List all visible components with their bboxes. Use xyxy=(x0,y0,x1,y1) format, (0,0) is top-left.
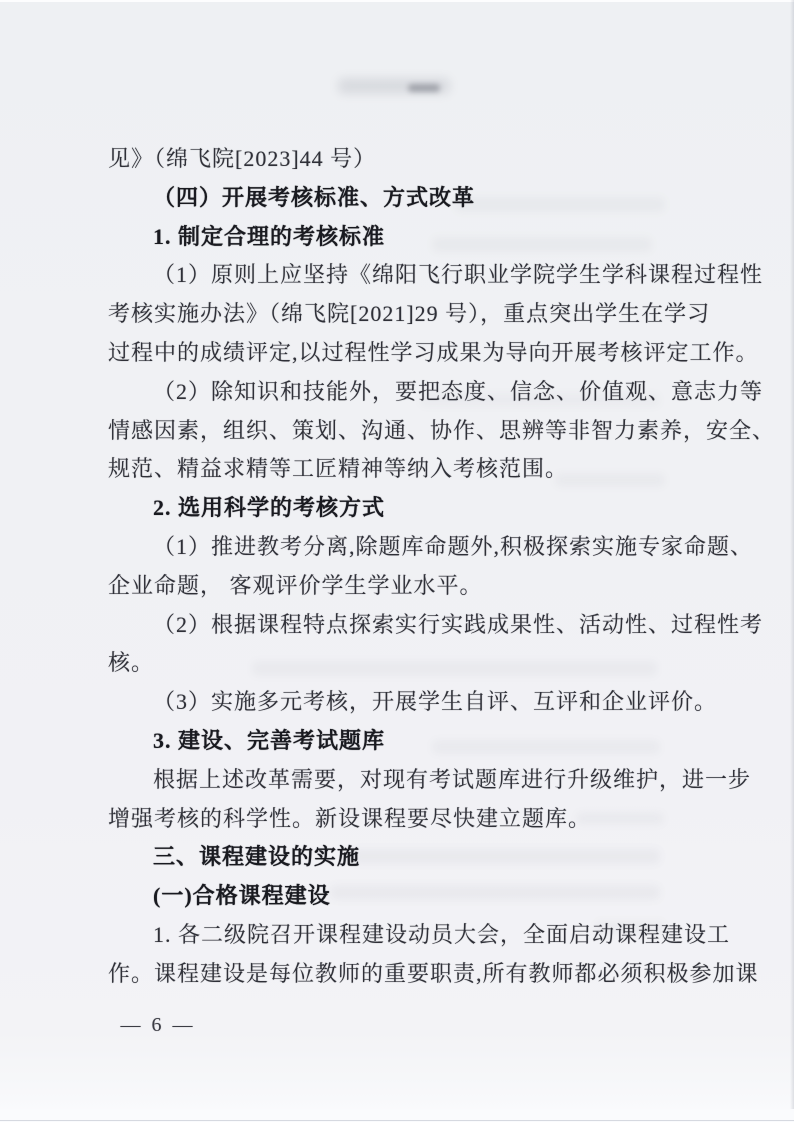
section-heading: （四）开展考核标准、方式改革 xyxy=(108,179,748,218)
page-number: — 6 — xyxy=(118,1014,198,1037)
text-line: （2）除知识和技能外，要把态度、信念、价值观、意志力等 xyxy=(108,373,748,412)
sub-heading: 3. 建设、完善考试题库 xyxy=(108,722,748,761)
text-line: 企业命题， 客观评价学生学业水平。 xyxy=(108,567,748,606)
scan-edge-top xyxy=(0,0,794,2)
scan-edge-bottom-line xyxy=(0,1120,794,1121)
text-line: 考核实施办法》（绵飞院[2021]29 号），重点突出学生在学习 xyxy=(108,295,748,334)
section-heading: (一)合格课程建设 xyxy=(108,877,748,916)
sub-heading: 1. 制定合理的考核标准 xyxy=(108,218,748,257)
text-line: 根据上述改革需要，对现有考试题库进行升级维护，进一步 xyxy=(108,761,748,800)
text-line: 增强考核的科学性。新设课程要尽快建立题库。 xyxy=(108,800,748,839)
sub-heading: 2. 选用科学的考核方式 xyxy=(108,489,748,528)
bleedthrough-smudge xyxy=(408,84,440,92)
chapter-heading: 三、课程建设的实施 xyxy=(108,838,748,877)
scan-edge-right xyxy=(790,0,794,1122)
text-line: 1. 各二级院召开课程建设动员大会，全面启动课程建设工 xyxy=(108,916,748,955)
document-text-block: 见》（绵飞院[2023]44 号） （四）开展考核标准、方式改革 1. 制定合理… xyxy=(108,140,748,994)
text-line: （2）根据课程特点探索实行实践成果性、活动性、过程性考 xyxy=(108,606,748,645)
text-line: 过程中的成绩评定,以过程性学习成果为导向开展考核评定工作。 xyxy=(108,334,748,373)
text-line: 规范、精益求精等工匠精神等纳入考核范围。 xyxy=(108,450,748,489)
scanned-document-page: 见》（绵飞院[2023]44 号） （四）开展考核标准、方式改革 1. 制定合理… xyxy=(0,0,794,1122)
text-line: （1）原则上应坚持《绵阳飞行职业学院学生学科课程过程性 xyxy=(108,256,748,295)
text-line: 核。 xyxy=(108,644,748,683)
text-line: 情感因素，组织、策划、沟通、协作、思辨等非智力素养，安全、 xyxy=(108,412,748,451)
text-line: （1）推进教考分离,除题库命题外,积极探索实施专家命题、 xyxy=(108,528,748,567)
text-line: 见》（绵飞院[2023]44 号） xyxy=(108,140,748,179)
text-line: 作。课程建设是每位教师的重要职责,所有教师都必须积极参加课 xyxy=(108,955,748,994)
text-line: （3）实施多元考核，开展学生自评、互评和企业评价。 xyxy=(108,683,748,722)
